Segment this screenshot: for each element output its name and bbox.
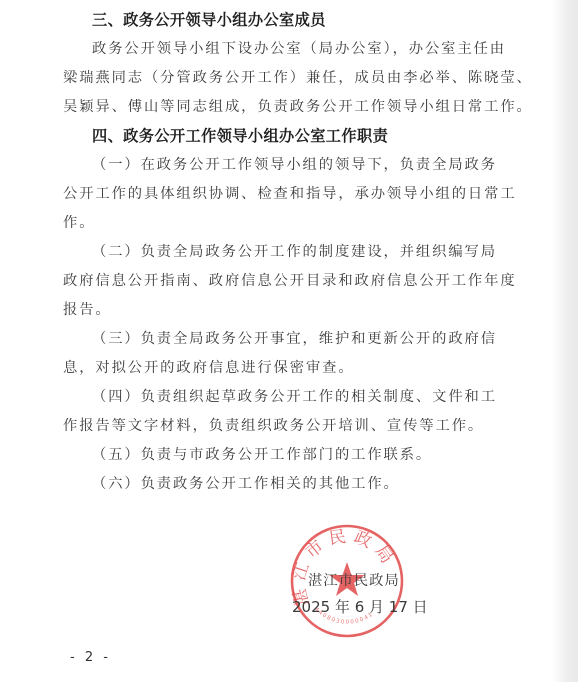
text-line: 作。 [63, 209, 511, 238]
section-4-heading: 四、政务公开工作领导小组办公室工作职责 [63, 122, 511, 151]
text-line: 吴颖异、傅山等同志组成，负责政务公开工作领导小组日常工作。 [63, 93, 511, 122]
text-line: （四）负责组织起草政务公开工作的相关制度、文件和工 [63, 383, 511, 412]
text-line: （一）在政务公开工作领导小组的领导下，负责全局政务 [63, 151, 511, 180]
issue-date: 2025 年 6 月 17 日 [292, 596, 428, 617]
document-body: 三、政务公开领导小组办公室成员 政务公开领导小组下设办公室（局办公室），办公室主… [63, 6, 511, 499]
duty-item-4: （四）负责组织起草政务公开工作的相关制度、文件和工 作报告等文字材料，负责组织政… [63, 383, 511, 441]
issuing-organization: 湛江市民政局 [308, 570, 400, 590]
text-line: 报告。 [63, 296, 511, 325]
duty-item-2: （二）负责全局政务公开工作的制度建设，并组织编写局 政府信息公开指南、政府信息公… [63, 238, 511, 325]
section-3-paragraph: 政务公开领导小组下设办公室（局办公室），办公室主任由 梁瑞燕同志（分管政务公开工… [63, 35, 511, 122]
text-line: （六）负责政务公开工作相关的其他工作。 [63, 470, 511, 499]
duty-item-5: （五）负责与市政务公开工作部门的工作联系。 [63, 441, 511, 470]
text-line: 息，对拟公开的政府信息进行保密审查。 [63, 354, 511, 383]
text-line: （二）负责全局政务公开工作的制度建设，并组织编写局 [63, 238, 511, 267]
text-line: （三）负责全局政务公开事宜，维护和更新公开的政府信 [63, 325, 511, 354]
text-line: 作报告等文字材料，负责组织政务公开培训、宣传等工作。 [63, 412, 511, 441]
text-line: 政务公开领导小组下设办公室（局办公室），办公室主任由 [63, 35, 511, 64]
text-line: 梁瑞燕同志（分管政务公开工作）兼任，成员由李必举、陈晓莹、 [63, 64, 511, 93]
text-line: 政府信息公开指南、政府信息公开目录和政府信息公开工作年度 [63, 267, 511, 296]
text-line: 公开工作的具体组织协调、检查和指导，承办领导小组的日常工 [63, 180, 511, 209]
page-number: - 2 - [70, 650, 111, 665]
duty-item-6: （六）负责政务公开工作相关的其他工作。 [63, 470, 511, 499]
text-line: （五）负责与市政务公开工作部门的工作联系。 [63, 441, 511, 470]
duty-item-1: （一）在政务公开工作领导小组的领导下，负责全局政务 公开工作的具体组织协调、检查… [63, 151, 511, 238]
page-edge-shadow [552, 0, 578, 682]
duty-item-3: （三）负责全局政务公开事宜，维护和更新公开的政府信 息，对拟公开的政府信息进行保… [63, 325, 511, 383]
section-3-heading: 三、政务公开领导小组办公室成员 [63, 6, 511, 35]
